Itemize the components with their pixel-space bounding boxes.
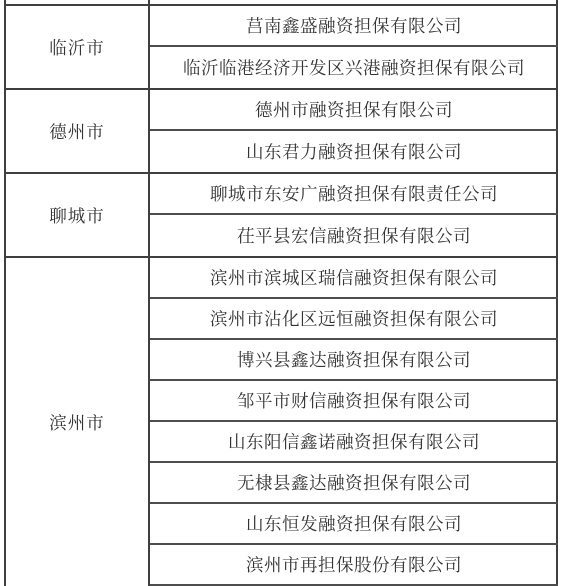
company-name: 聊城市东安广融资担保有限责任公司 <box>210 181 498 206</box>
city-cell: 德州市 <box>4 90 150 172</box>
table-row: 无棣县鑫达融资担保有限公司 <box>150 463 558 504</box>
city-label: 聊城市 <box>49 203 105 228</box>
table-row: 聊城市东安广融资担保有限责任公司 <box>150 174 558 215</box>
company-name: 博兴县鑫达融资担保有限公司 <box>237 347 471 372</box>
table-row: 茌平县宏信融资担保有限公司 <box>150 215 558 256</box>
table-row: 山东阳信鑫诺融资担保有限公司 <box>150 422 558 463</box>
table-row: 滨州市沾化区远恒融资担保有限公司 <box>150 299 558 340</box>
table-row: 临沂临港经济开发区兴港融资担保有限公司 <box>150 47 558 88</box>
table-section: 德州市 德州市融资担保有限公司 山东君力融资担保有限公司 <box>4 90 558 174</box>
guarantee-table: 临沂市 莒南鑫盛融资担保有限公司 临沂临港经济开发区兴港融资担保有限公司 德州市… <box>4 4 558 586</box>
table-row: 莒南鑫盛融资担保有限公司 <box>150 6 558 47</box>
company-name: 莒南鑫盛融资担保有限公司 <box>246 13 462 38</box>
table-row: 滨州市再担保股份有限公司 <box>150 545 558 586</box>
city-label: 滨州市 <box>49 410 105 435</box>
company-name: 滨州市滨城区瑞信融资担保有限公司 <box>210 265 498 290</box>
company-name: 邹平市财信融资担保有限公司 <box>237 388 471 413</box>
table-row: 德州市融资担保有限公司 <box>150 90 558 131</box>
city-cell: 临沂市 <box>4 6 150 88</box>
city-label: 临沂市 <box>49 35 105 60</box>
company-name: 山东君力融资担保有限公司 <box>246 139 462 164</box>
company-name: 无棣县鑫达融资担保有限公司 <box>237 470 471 495</box>
company-name: 滨州市沾化区远恒融资担保有限公司 <box>210 306 498 331</box>
city-label: 德州市 <box>49 119 105 144</box>
company-name: 山东阳信鑫诺融资担保有限公司 <box>228 429 480 454</box>
table-row: 博兴县鑫达融资担保有限公司 <box>150 340 558 381</box>
table-row: 滨州市滨城区瑞信融资担保有限公司 <box>150 258 558 299</box>
company-name: 滨州市再担保股份有限公司 <box>246 552 462 577</box>
document-page: 临沂市 莒南鑫盛融资担保有限公司 临沂临港经济开发区兴港融资担保有限公司 德州市… <box>0 0 562 586</box>
table-row: 山东恒发融资担保有限公司 <box>150 504 558 545</box>
company-name: 茌平县宏信融资担保有限公司 <box>237 223 471 248</box>
company-name: 山东恒发融资担保有限公司 <box>246 511 462 536</box>
company-name: 德州市融资担保有限公司 <box>255 97 453 122</box>
company-column: 滨州市滨城区瑞信融资担保有限公司 滨州市沾化区远恒融资担保有限公司 博兴县鑫达融… <box>150 258 558 586</box>
city-cell: 滨州市 <box>4 258 150 586</box>
company-name: 临沂临港经济开发区兴港融资担保有限公司 <box>183 55 525 80</box>
company-column: 莒南鑫盛融资担保有限公司 临沂临港经济开发区兴港融资担保有限公司 <box>150 6 558 88</box>
city-cell: 聊城市 <box>4 174 150 256</box>
company-column: 德州市融资担保有限公司 山东君力融资担保有限公司 <box>150 90 558 172</box>
table-section: 临沂市 莒南鑫盛融资担保有限公司 临沂临港经济开发区兴港融资担保有限公司 <box>4 6 558 90</box>
table-section: 聊城市 聊城市东安广融资担保有限责任公司 茌平县宏信融资担保有限公司 <box>4 174 558 258</box>
table-row: 邹平市财信融资担保有限公司 <box>150 381 558 422</box>
company-column: 聊城市东安广融资担保有限责任公司 茌平县宏信融资担保有限公司 <box>150 174 558 256</box>
table-row: 山东君力融资担保有限公司 <box>150 131 558 172</box>
table-section: 滨州市 滨州市滨城区瑞信融资担保有限公司 滨州市沾化区远恒融资担保有限公司 博兴… <box>4 258 558 586</box>
